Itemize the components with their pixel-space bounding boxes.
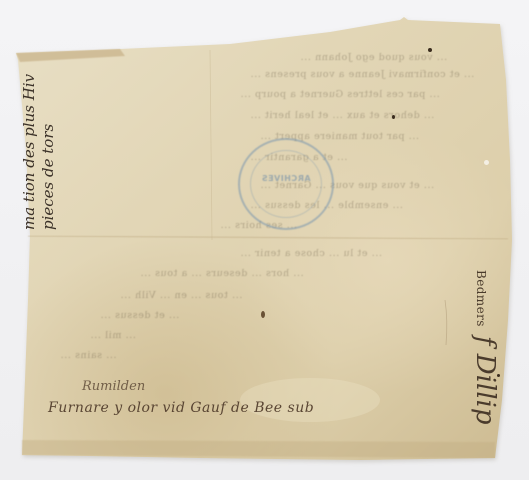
annotation-line-2: pieces de tors	[39, 30, 58, 230]
hole-spot	[484, 160, 489, 165]
annotation-signature: f Dillip	[470, 336, 500, 425]
archive-stamp: ARCHIVES	[238, 138, 334, 230]
ink-spot	[261, 311, 265, 318]
left-margin-annotation: ma tion des plus Hiv pieces de tors	[20, 30, 58, 230]
stamp-inner-ring	[250, 150, 322, 218]
stamp-text: ARCHIVES	[240, 174, 332, 183]
right-margin-annotation: Bedmers f Dillip	[470, 270, 500, 425]
bottom-script-line-2: Furnare y olor vid Gauf de Bee sub	[48, 400, 314, 416]
bottom-script-line-1: Rumilden	[82, 379, 145, 394]
annotation-label: Bedmers	[474, 270, 488, 327]
ink-spot	[392, 115, 395, 119]
ink-spot	[497, 374, 500, 377]
annotation-line-1: ma tion des plus Hiv	[20, 30, 39, 230]
ink-spot	[428, 48, 432, 52]
